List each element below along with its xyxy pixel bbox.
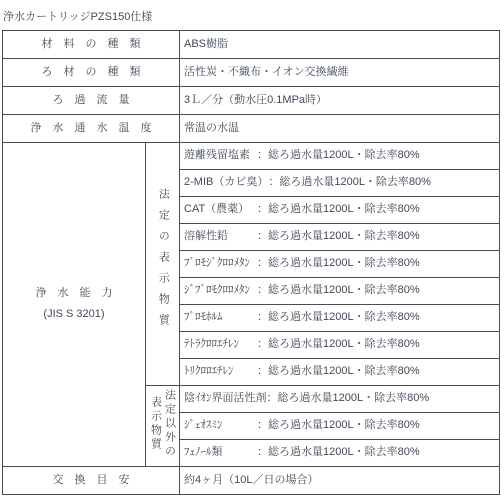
- table-row: 浄 水 通 水 温 度 常温の水温: [3, 115, 500, 143]
- substance-result: ：総ろ過水量1200L・除去率80%: [257, 365, 420, 377]
- filter-media-label: ろ 材 の 種 類: [3, 59, 180, 87]
- spec-sheet: 浄水カートリッジPZS150仕様 材 料 の 種 類 ABS樹脂 ろ 材 の 種…: [0, 0, 504, 495]
- substance-cell: ﾌﾞﾛﾓﾎﾙﾑ：総ろ過水量1200L・除去率80%: [180, 305, 500, 332]
- substance-name: 溶解性鉛: [184, 230, 257, 244]
- substance-name: CAT（農薬）: [184, 203, 257, 217]
- substance-cell: 2-MIB（カビ臭）：総ろ過水量1200L・除去率80%: [180, 170, 500, 197]
- purification-capacity-cell: 浄 水 能 力 (JIS S 3201): [3, 143, 146, 467]
- spec-table: 材 料 の 種 類 ABS樹脂 ろ 材 の 種 類 活性炭・不織布・イオン交換繊…: [2, 30, 500, 495]
- flow-rate-value: 3Ｌ／分（動水圧0.1MPa時）: [180, 87, 500, 115]
- substance-name: 2-MIB（カビ臭）: [184, 176, 268, 190]
- substance-name: ﾌｪﾉｰﾙ類: [184, 446, 257, 460]
- filter-media-value: 活性炭・不織布・イオン交換繊維: [180, 59, 500, 87]
- substance-cell: ﾃﾄﾗｸﾛﾛｴﾁﾚﾝ：総ろ過水量1200L・除去率80%: [180, 332, 500, 359]
- flow-rate-label: ろ 過 流 量: [3, 87, 180, 115]
- substance-result: ：総ろ過水量1200L・除去率80%: [257, 230, 420, 242]
- water-temp-label: 浄 水 通 水 温 度: [3, 115, 180, 143]
- substance-result: ：総ろ過水量1200L・除去率80%: [267, 392, 430, 404]
- substance-name: ｼﾞｪｵｽﾐﾝ: [184, 419, 257, 433]
- non-legal-substances-header-cell: 法定以外の表示物質: [146, 386, 180, 467]
- substance-name: 遊離残留塩素: [184, 149, 257, 163]
- substance-cell: ｼﾞﾌﾞﾛﾓｸﾛﾛﾒﾀﾝ：総ろ過水量1200L・除去率80%: [180, 278, 500, 305]
- page-title: 浄水カートリッジPZS150仕様: [3, 8, 504, 24]
- table-row: 交 換 目 安 約4ヶ月（10L／日の場合）: [3, 467, 500, 495]
- substance-cell: CAT（農薬）：総ろ過水量1200L・除去率80%: [180, 197, 500, 224]
- replacement-value: 約4ヶ月（10L／日の場合）: [180, 467, 500, 495]
- replacement-label: 交 換 目 安: [3, 467, 180, 495]
- substance-cell: ﾌｪﾉｰﾙ類：総ろ過水量1200L・除去率80%: [180, 440, 500, 467]
- substance-cell: 遊離残留塩素：総ろ過水量1200L・除去率80%: [180, 143, 500, 170]
- material-type-value: ABS樹脂: [180, 31, 500, 59]
- substance-cell: ﾌﾞﾛﾓｼﾞｸﾛﾛﾒﾀﾝ：総ろ過水量1200L・除去率80%: [180, 251, 500, 278]
- table-row: ろ 過 流 量 3Ｌ／分（動水圧0.1MPa時）: [3, 87, 500, 115]
- substance-cell: ｼﾞｪｵｽﾐﾝ：総ろ過水量1200L・除去率80%: [180, 413, 500, 440]
- substance-cell: 溶解性鉛：総ろ過水量1200L・除去率80%: [180, 224, 500, 251]
- substance-result: ：総ろ過水量1200L・除去率80%: [257, 446, 420, 458]
- table-row: 材 料 の 種 類 ABS樹脂: [3, 31, 500, 59]
- jis-standard-label: (JIS S 3201): [3, 308, 145, 322]
- substance-cell: ﾄﾘｸﾛﾛｴﾁﾚﾝ：総ろ過水量1200L・除去率80%: [180, 359, 500, 386]
- substance-name: 陰ｲｵﾝ界面活性剤: [184, 392, 267, 406]
- non-legal-substances-header: 法定以外の表示物質: [149, 389, 177, 459]
- substance-result: ：総ろ過水量1200L・除去率80%: [257, 149, 420, 161]
- substance-name: ｼﾞﾌﾞﾛﾓｸﾛﾛﾒﾀﾝ: [184, 284, 257, 298]
- purification-capacity-title: 浄 水 能 力: [3, 287, 145, 301]
- legal-substances-header: 法定の表示物質: [156, 188, 170, 335]
- substance-result: ：総ろ過水量1200L・除去率80%: [257, 311, 420, 323]
- table-row: 浄 水 能 力 (JIS S 3201) 法定の表示物質 遊離残留塩素：総ろ過水…: [3, 143, 500, 170]
- substance-name: ﾄﾘｸﾛﾛｴﾁﾚﾝ: [184, 365, 257, 379]
- table-row: ろ 材 の 種 類 活性炭・不織布・イオン交換繊維: [3, 59, 500, 87]
- substance-result: ：総ろ過水量1200L・除去率80%: [257, 419, 420, 431]
- substance-result: ：総ろ過水量1200L・除去率80%: [257, 284, 420, 296]
- substance-result: ：総ろ過水量1200L・除去率80%: [257, 203, 420, 215]
- substance-name: ﾌﾞﾛﾓﾎﾙﾑ: [184, 311, 257, 325]
- legal-substances-header-cell: 法定の表示物質: [146, 143, 180, 386]
- water-temp-value: 常温の水温: [180, 115, 500, 143]
- substance-result: ：総ろ過水量1200L・除去率80%: [268, 176, 431, 188]
- substance-result: ：総ろ過水量1200L・除去率80%: [257, 257, 420, 269]
- material-type-label: 材 料 の 種 類: [3, 31, 180, 59]
- substance-result: ：総ろ過水量1200L・除去率80%: [257, 338, 420, 350]
- substance-name: ﾃﾄﾗｸﾛﾛｴﾁﾚﾝ: [184, 338, 257, 352]
- substance-cell: 陰ｲｵﾝ界面活性剤：総ろ過水量1200L・除去率80%: [180, 386, 500, 413]
- substance-name: ﾌﾞﾛﾓｼﾞｸﾛﾛﾒﾀﾝ: [184, 257, 257, 271]
